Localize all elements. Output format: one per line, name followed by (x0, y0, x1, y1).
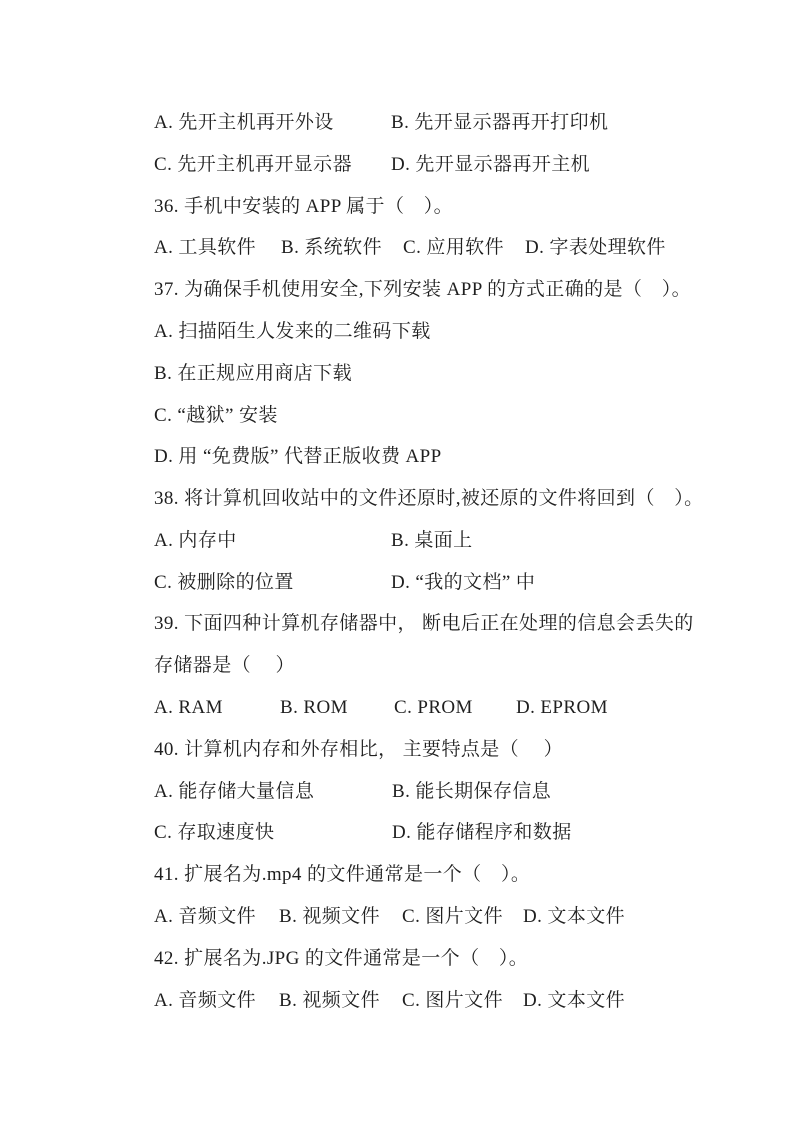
option-c: C. 存取速度快 (154, 820, 274, 846)
question-text: 40. 计算机内存和外存相比， 主要特点是（ ） (154, 737, 563, 763)
option-d: D. 文本文件 (523, 904, 625, 930)
question-37-stem: 37. 为确保手机使用安全,下列安装 APP 的方式正确的是（ ）。 (0, 277, 794, 303)
question-40-options-row-2: C. 存取速度快 D. 能存储程序和数据 (0, 820, 794, 846)
option-b: B. 系统软件 (281, 235, 382, 261)
question-37-option-b-row: B. 在正规应用商店下载 (0, 361, 794, 387)
option-d: D. “我的文档” 中 (391, 570, 535, 596)
question-42-options-row: A. 音频文件 B. 视频文件 C. 图片文件 D. 文本文件 (0, 988, 794, 1014)
option-b: B. ROM (280, 695, 348, 721)
question-text: 42. 扩展名为.JPG 的文件通常是一个（ ）。 (154, 946, 528, 972)
option-a: A. 内存中 (154, 528, 237, 554)
question-text: 36. 手机中安装的 APP 属于（ ）。 (154, 194, 453, 220)
option-b: B. 视频文件 (279, 988, 380, 1014)
option-c: C. 图片文件 (402, 904, 503, 930)
question-41-stem: 41. 扩展名为.mp4 的文件通常是一个（ ）。 (0, 862, 794, 888)
prev-question-options-row-1: A. 先开主机再开外设 B. 先开显示器再开打印机 (0, 110, 794, 136)
question-40-stem: 40. 计算机内存和外存相比， 主要特点是（ ） (0, 737, 794, 763)
option-a: A. 音频文件 (154, 988, 256, 1014)
question-37-option-c-row: C. “越狱” 安装 (0, 403, 794, 429)
option-d: D. 字表处理软件 (525, 235, 666, 261)
option-d: D. 用 “免费版” 代替正版收费 APP (154, 444, 442, 470)
option-d: D. 先开显示器再开主机 (391, 152, 590, 178)
option-c: C. 应用软件 (403, 235, 504, 261)
question-39-stem-line-2: 存储器是（ ） (0, 653, 794, 679)
option-d: D. 文本文件 (523, 988, 625, 1014)
question-38-options-row-1: A. 内存中 B. 桌面上 (0, 528, 794, 554)
option-b: B. 桌面上 (391, 528, 473, 554)
option-c: C. “越狱” 安装 (154, 403, 278, 429)
question-38-stem: 38. 将计算机回收站中的文件还原时,被还原的文件将回到（ ）。 (0, 486, 794, 512)
option-c: C. 先开主机再开显示器 (154, 152, 352, 178)
question-39-options-row: A. RAM B. ROM C. PROM D. EPROM (0, 695, 794, 721)
question-text: 37. 为确保手机使用安全,下列安装 APP 的方式正确的是（ ）。 (154, 277, 691, 303)
question-36-options-row: A. 工具软件 B. 系统软件 C. 应用软件 D. 字表处理软件 (0, 235, 794, 261)
question-36-stem: 36. 手机中安装的 APP 属于（ ）。 (0, 194, 794, 220)
question-text-continued: 存储器是（ ） (154, 653, 295, 679)
option-b: B. 先开显示器再开打印机 (391, 110, 608, 136)
option-d: D. 能存储程序和数据 (392, 820, 572, 846)
option-a: A. 扫描陌生人发来的二维码下载 (154, 319, 431, 345)
question-38-options-row-2: C. 被删除的位置 D. “我的文档” 中 (0, 570, 794, 596)
prev-question-options-row-2: C. 先开主机再开显示器 D. 先开显示器再开主机 (0, 152, 794, 178)
question-37-option-a-row: A. 扫描陌生人发来的二维码下载 (0, 319, 794, 345)
option-c: C. PROM (394, 695, 473, 721)
option-c: C. 被删除的位置 (154, 570, 294, 596)
question-text: 38. 将计算机回收站中的文件还原时,被还原的文件将回到（ ）。 (154, 486, 704, 512)
option-d: D. EPROM (516, 695, 608, 721)
option-a: A. 先开主机再开外设 (154, 110, 334, 136)
question-40-options-row-1: A. 能存储大量信息 B. 能长期保存信息 (0, 779, 794, 805)
option-a: A. 能存储大量信息 (154, 779, 314, 805)
option-c: C. 图片文件 (402, 988, 503, 1014)
question-39-stem-line-1: 39. 下面四种计算机存储器中， 断电后正在处理的信息会丢失的 (0, 611, 794, 637)
option-b: B. 能长期保存信息 (392, 779, 551, 805)
question-37-option-d-row: D. 用 “免费版” 代替正版收费 APP (0, 444, 794, 470)
option-a: A. RAM (154, 695, 223, 721)
option-b: B. 在正规应用商店下载 (154, 361, 352, 387)
question-41-options-row: A. 音频文件 B. 视频文件 C. 图片文件 D. 文本文件 (0, 904, 794, 930)
question-42-stem: 42. 扩展名为.JPG 的文件通常是一个（ ）。 (0, 946, 794, 972)
option-b: B. 视频文件 (279, 904, 380, 930)
option-a: A. 工具软件 (154, 235, 256, 261)
option-a: A. 音频文件 (154, 904, 256, 930)
question-text: 41. 扩展名为.mp4 的文件通常是一个（ ）。 (154, 862, 530, 888)
document-page: A. 先开主机再开外设 B. 先开显示器再开打印机 C. 先开主机再开显示器 D… (0, 0, 794, 1123)
question-text: 39. 下面四种计算机存储器中， 断电后正在处理的信息会丢失的 (154, 611, 694, 637)
